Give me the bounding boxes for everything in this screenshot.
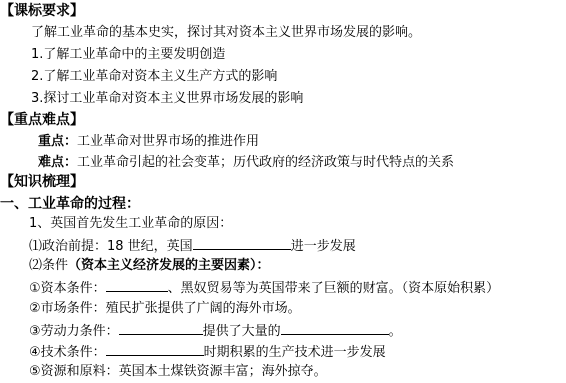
reason-title: 1、英国首先发生工业革命的原因： bbox=[29, 214, 232, 234]
conditions-prefix: ⑵条件 bbox=[29, 258, 68, 273]
part1-title: 一、工业革命的过程： bbox=[0, 194, 140, 214]
curriculum-intro: 了解工业革命的基本史实，探讨其对资本主义世界市场发展的影响。 bbox=[31, 23, 421, 43]
capital-line: ①资本条件：、黑奴贸易等为英国带来了巨额的财富。（资本原始积累） bbox=[29, 277, 499, 297]
labor-blank-1[interactable] bbox=[119, 320, 203, 335]
conditions-line: ⑵条件（资本主义经济发展的主要因素）： bbox=[29, 256, 270, 276]
focus-label: 重点： bbox=[38, 134, 77, 149]
labor-suffix: 。 bbox=[389, 324, 402, 339]
political-line: ⑴政治前提：18 世纪，英国进一步发展 bbox=[29, 235, 356, 255]
tech-suffix: 时期积累的生产技术进一步发展 bbox=[204, 345, 386, 360]
labor-line: ③劳动力条件：提供了大量的。 bbox=[29, 320, 402, 340]
focus-line: 重点：工业革命对世界市场的推进作用 bbox=[38, 132, 259, 152]
tech-line: ④技术条件：时期积累的生产技术进一步发展 bbox=[29, 341, 386, 361]
political-blank[interactable] bbox=[193, 235, 291, 250]
curriculum-item-3: 3.探讨工业革命对资本主义世界市场发展的影响 bbox=[31, 89, 303, 109]
market-line: ②市场条件：殖民扩张提供了广阔的海外市场。 bbox=[29, 299, 301, 319]
difficulty-text: 工业革命引起的社会变革；历代政府的经济政策与时代特点的关系 bbox=[77, 155, 454, 170]
capital-blank[interactable] bbox=[106, 277, 168, 292]
focus-text: 工业革命对世界市场的推进作用 bbox=[77, 134, 259, 149]
tech-blank[interactable] bbox=[106, 341, 204, 356]
labor-blank-2[interactable] bbox=[281, 320, 389, 335]
resources-line: ⑤资源和原料：英国本土煤铁资源丰富；海外掠夺。 bbox=[29, 362, 327, 382]
labor-prefix: ③劳动力条件： bbox=[29, 324, 119, 339]
conditions-bold: （资本主义经济发展的主要因素）： bbox=[68, 258, 270, 273]
capital-prefix: ①资本条件： bbox=[29, 281, 106, 296]
tech-prefix: ④技术条件： bbox=[29, 345, 106, 360]
curriculum-item-2: 2.了解工业革命对资本主义生产方式的影响 bbox=[31, 67, 277, 87]
difficulty-line: 难点：工业革命引起的社会变革；历代政府的经济政策与时代特点的关系 bbox=[38, 153, 454, 173]
labor-middle: 提供了大量的 bbox=[203, 324, 281, 339]
section-title-key-points: 【重点难点】 bbox=[0, 110, 84, 130]
capital-suffix: 、黑奴贸易等为英国带来了巨额的财富。（资本原始积累） bbox=[168, 281, 500, 296]
political-prefix: ⑴政治前提：18 世纪，英国 bbox=[29, 239, 193, 254]
difficulty-label: 难点： bbox=[38, 155, 77, 170]
section-title-knowledge: 【知识梳理】 bbox=[0, 172, 84, 192]
curriculum-item-1: 1.了解工业革命中的主要发明创造 bbox=[31, 45, 225, 65]
political-suffix: 进一步发展 bbox=[291, 239, 356, 254]
section-title-curriculum: 【课标要求】 bbox=[0, 1, 84, 21]
